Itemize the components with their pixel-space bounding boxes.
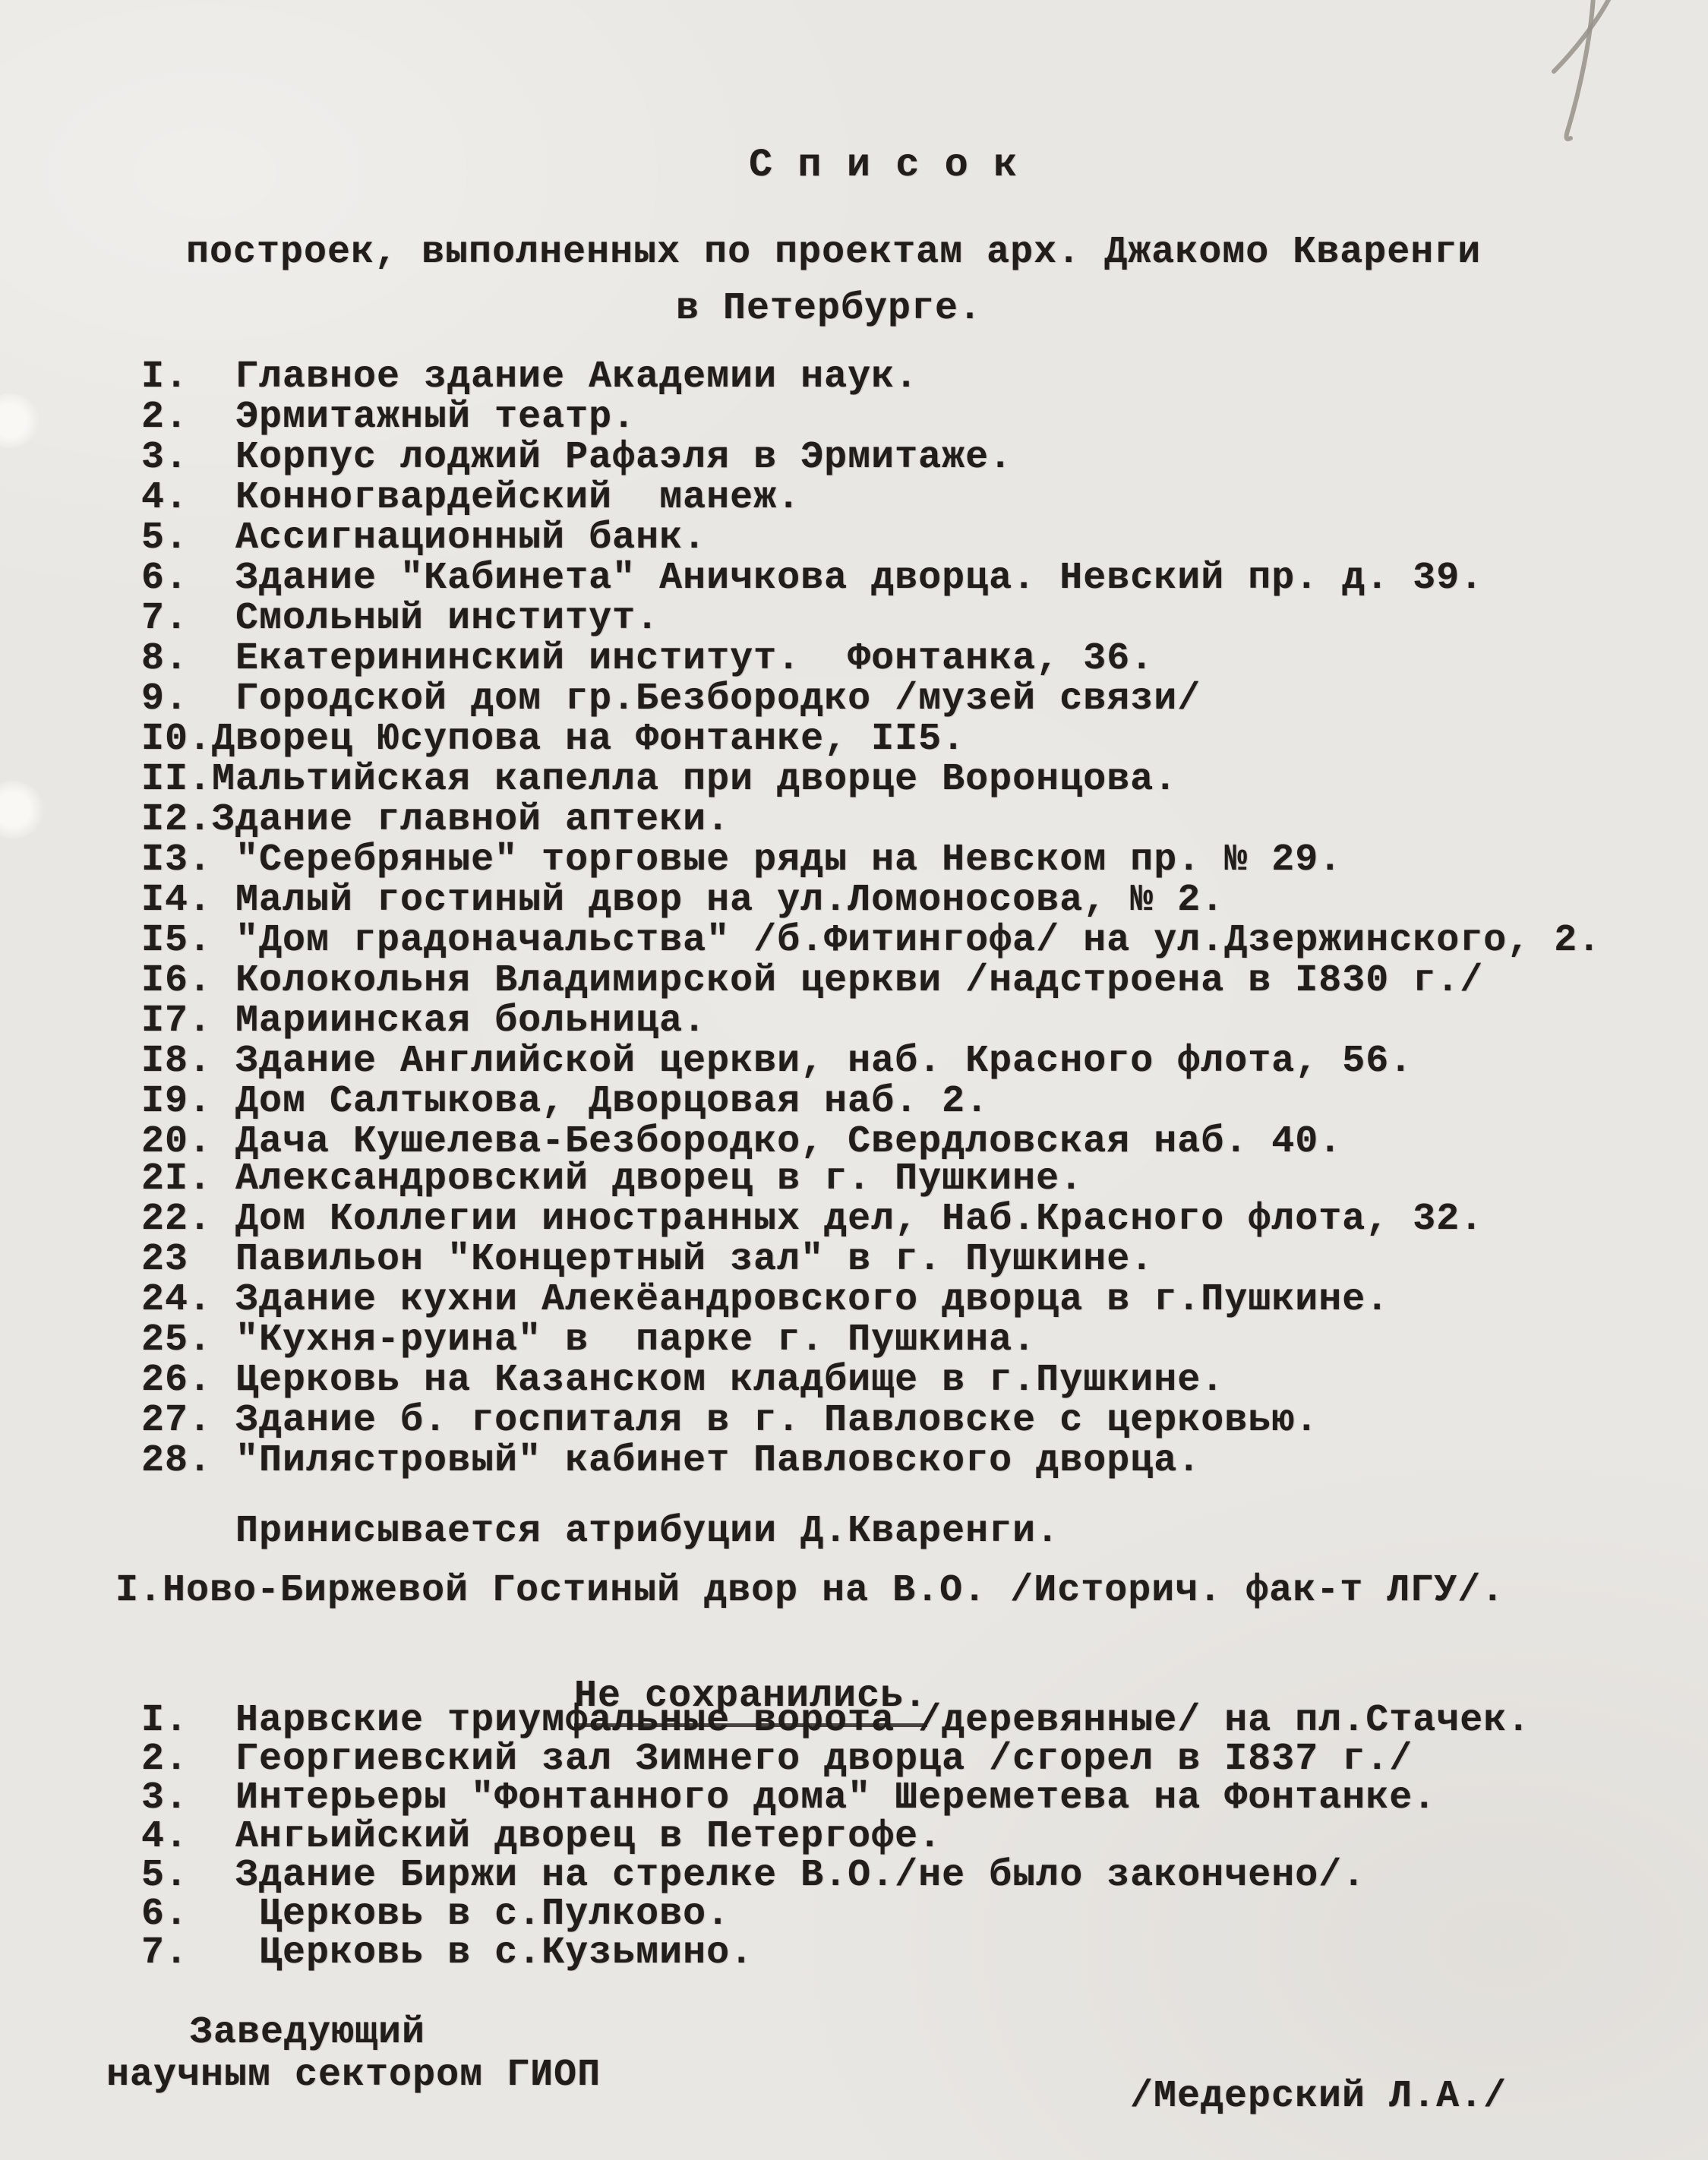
- list-item: 9. Городской дом гр.Безбородко /музей св…: [141, 679, 1601, 719]
- list-item: 7. Церковь в с.Кузьмино.: [141, 1934, 1530, 1972]
- list-item: 26. Церковь на Казанском кладбище в г.Пу…: [141, 1360, 1483, 1401]
- list-item: I3. "Серебряные" торговые ряды на Невско…: [141, 840, 1601, 880]
- list-item: I0.Дворец Юсупова на Фонтанке, II5.: [141, 719, 1601, 759]
- buildings-list-items-1-20: I. Главное здание Академии наук.2. Эрмит…: [141, 357, 1601, 1162]
- attribution-note: Принисывается атрибуции Д.Кваренги.: [235, 1510, 1059, 1553]
- list-item: II.Мальтийская капелла при дворце Воронц…: [141, 759, 1601, 800]
- list-item: 24. Здание кухни Алекёандровского дворца…: [141, 1280, 1483, 1320]
- signature-role-line-2: научным сектором ГИОП: [106, 2054, 601, 2097]
- list-item: 20. Дача Кушелева-Безбородко, Свердловск…: [141, 1122, 1601, 1162]
- list-item: 2. Эрмитажный театр.: [141, 397, 1601, 437]
- list-item: 3. Корпус лоджий Рафаэля в Эрмитаже.: [141, 437, 1601, 478]
- list-item: 2. Георгиевский зал Зимнего дворца /сгор…: [141, 1740, 1530, 1779]
- subtitle-line-2: в Петербурге.: [676, 287, 982, 330]
- list-item: I9. Дом Салтыкова, Дворцовая наб. 2.: [141, 1082, 1601, 1122]
- punch-hole-bottom: [0, 781, 44, 838]
- list-item: 2I. Александровский дворец в г. Пушкине.: [141, 1159, 1483, 1199]
- list-item: 7. Смольный институт.: [141, 598, 1601, 639]
- punch-hole-top: [0, 393, 39, 448]
- list-item: I6. Колокольня Владимирской церкви /надс…: [141, 961, 1601, 1001]
- buildings-list-items-21-28: 2I. Александровский дворец в г. Пушкине.…: [141, 1159, 1483, 1481]
- signature-name: /Медерский Л.А./: [1130, 2075, 1507, 2118]
- list-item: 6. Церковь в с.Пулково.: [141, 1895, 1530, 1934]
- list-item: 5. Здание Биржи на стрелке В.О./не было …: [141, 1856, 1530, 1895]
- list-item: 27. Здание б. госпиталя в г. Павловске с…: [141, 1401, 1483, 1441]
- list-item: I4. Малый гостиный двор на ул.Ломоносова…: [141, 880, 1601, 921]
- list-item: I8. Здание Английской церкви, наб. Красн…: [141, 1041, 1601, 1082]
- list-item: I2.Здание главной аптеки.: [141, 800, 1601, 840]
- list-item: I5. "Дом градоначальства" /б.Фитингофа/ …: [141, 921, 1601, 961]
- list-item: 5. Ассигнационный банк.: [141, 518, 1601, 558]
- list-item: 23 Павильон "Концертный зал" в г. Пушкин…: [141, 1239, 1483, 1280]
- not-preserved-list: I. Нарвские триумфальные ворота /деревян…: [141, 1701, 1530, 1972]
- list-item: 22. Дом Коллегии иностранных дел, Наб.Кр…: [141, 1199, 1483, 1239]
- page-title: С п и с о к: [749, 143, 1018, 188]
- list-item: 6. Здание "Кабинета" Аничкова дворца. Не…: [141, 558, 1601, 598]
- list-item: I7. Мариинская больница.: [141, 1001, 1601, 1041]
- list-item: 4. Конногвардейский манеж.: [141, 478, 1601, 518]
- list-item: 4. Ангьийский дворец в Петергофе.: [141, 1817, 1530, 1856]
- list-item: 3. Интерьеры "Фонтанного дома" Шереметев…: [141, 1779, 1530, 1817]
- list-item: 28. "Пилястровый" кабинет Павловского дв…: [141, 1441, 1483, 1481]
- signature-role-line-1: Заведующий: [190, 2011, 425, 2054]
- subtitle-line-1: построек, выполненных по проектам арх. Д…: [186, 231, 1481, 274]
- list-item: 8. Екатерининский институт. Фонтанка, 36…: [141, 639, 1601, 679]
- list-item: I. Главное здание Академии наук.: [141, 357, 1601, 397]
- list-item: I. Нарвские триумфальные ворота /деревян…: [141, 1701, 1530, 1740]
- list-item: 25. "Кухня-руина" в парке г. Пушкина.: [141, 1320, 1483, 1360]
- document-page: { "doc": { "handwritten_mark": "1", "tit…: [0, 0, 1708, 2160]
- attributed-building-line: I.Ново-Биржевой Гостиный двор на В.О. /И…: [115, 1569, 1504, 1612]
